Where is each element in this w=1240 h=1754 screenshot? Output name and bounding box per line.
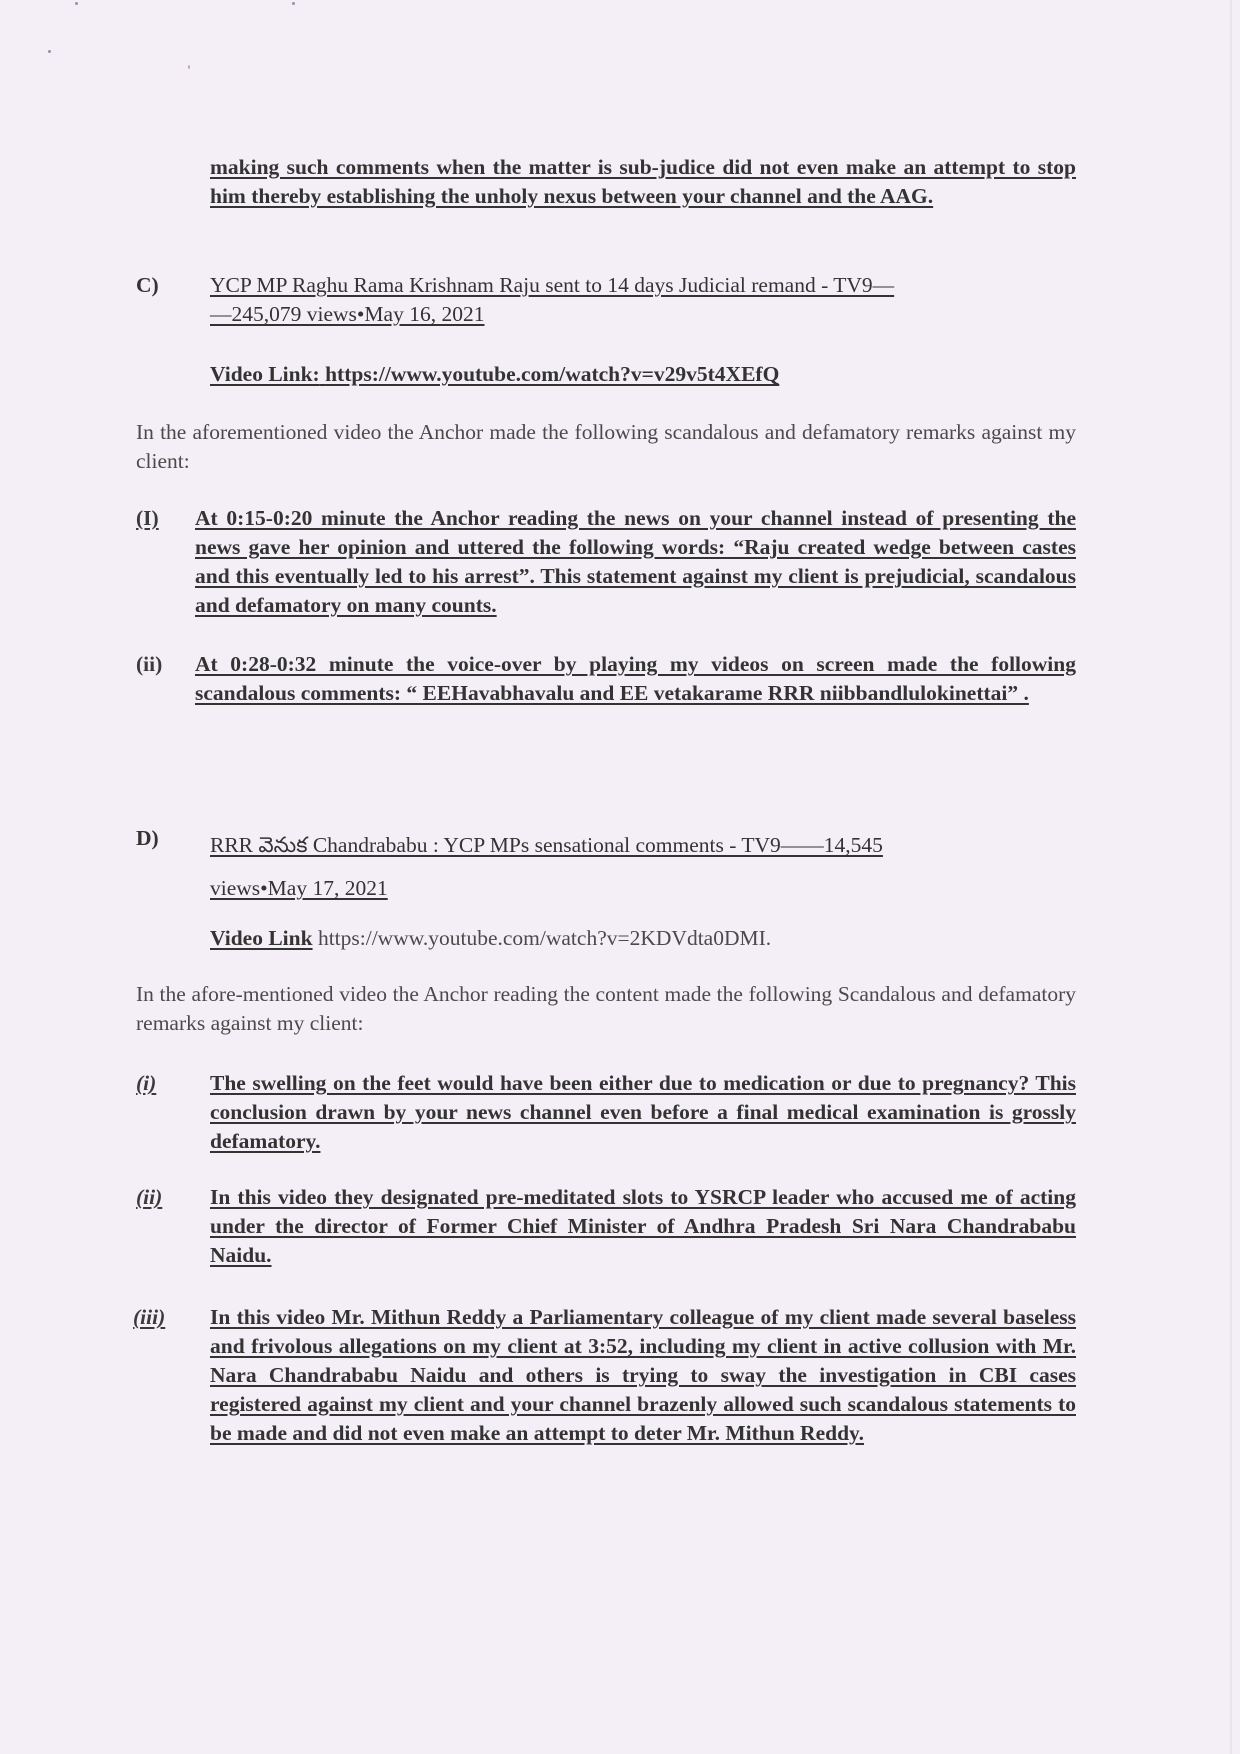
section-d-video-link[interactable]: Video Link https://www.youtube.com/watch…	[210, 924, 1080, 953]
section-d-item-2: In this video they designated pre-medita…	[210, 1183, 1076, 1270]
section-d-item-1: The swelling on the feet would have been…	[210, 1069, 1076, 1156]
video-link-url[interactable]: https://www.youtube.com/watch?v=2KDVdta0…	[318, 926, 771, 950]
section-d-intro: In the afore-mentioned video the Anchor …	[136, 980, 1076, 1038]
section-c-item-1-marker: (I)	[136, 504, 159, 533]
document-page: making such comments when the matter is …	[0, 0, 1240, 1754]
video-link-label: Video Link	[210, 926, 313, 950]
section-c-item-2-marker: (ii)	[136, 650, 162, 679]
scan-speck	[75, 2, 78, 5]
scan-speck	[48, 50, 51, 53]
section-d-item-3-marker: (iii)	[133, 1303, 165, 1332]
video-link-label: Video Link:	[210, 362, 320, 386]
section-d-title: RRR వెనుక Chandrababu : YCP MPs sensatio…	[210, 824, 1080, 910]
section-d-item-2-marker: (ii)	[136, 1183, 162, 1212]
section-d-item-3: In this video Mr. Mithun Reddy a Parliam…	[210, 1303, 1076, 1448]
section-c-item-1: At 0:15-0:20 minute the Anchor reading t…	[195, 504, 1076, 620]
section-c-title: YCP MP Raghu Rama Krishnam Raju sent to …	[210, 271, 1080, 329]
section-c-marker: C)	[136, 271, 159, 300]
section-c-title-line2: —245,079 views•May 16, 2021	[210, 300, 1080, 329]
section-c-intro: In the aforementioned video the Anchor m…	[136, 418, 1076, 476]
section-d-item-1-marker: (i)	[136, 1069, 156, 1098]
video-link-url[interactable]: https://www.youtube.com/watch?v=v29v5t4X…	[325, 362, 779, 386]
section-c-video-link[interactable]: Video Link: https://www.youtube.com/watc…	[210, 360, 1080, 389]
continuation-paragraph: making such comments when the matter is …	[210, 153, 1076, 211]
section-d-title-line2: views•May 17, 2021	[210, 867, 1080, 910]
scan-speck	[188, 65, 190, 69]
scan-speck	[292, 2, 295, 5]
section-c-title-line1: YCP MP Raghu Rama Krishnam Raju sent to …	[210, 271, 1080, 300]
section-d-marker: D)	[136, 824, 159, 853]
section-d-title-line1: RRR వెనుక Chandrababu : YCP MPs sensatio…	[210, 824, 1080, 867]
scan-edge	[1230, 0, 1232, 1754]
section-c-item-2: At 0:28-0:32 minute the voice-over by pl…	[195, 650, 1076, 708]
